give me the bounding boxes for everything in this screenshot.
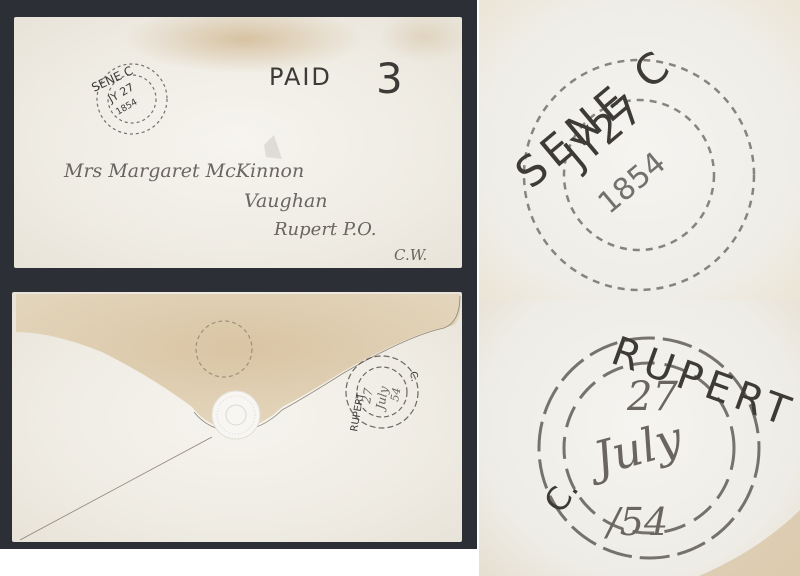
embossed-seal bbox=[212, 391, 260, 439]
envelope-back-art: RUPERT C. 27 July 54 bbox=[12, 292, 462, 542]
postmark-enlargement-seneca: SENE C JY27 1854 bbox=[479, 0, 800, 300]
back-postmark-suffix: C. bbox=[407, 371, 420, 383]
envelope-back: RUPERT C. 27 July 54 bbox=[12, 292, 462, 542]
address-line-4: C.W. bbox=[394, 246, 427, 264]
envelope-front: SENE C JY 27 1854 PAID 3 Mrs Margaret Mc… bbox=[14, 17, 462, 268]
zoom-ms-year: /54 bbox=[603, 500, 668, 544]
back-ms-year: 54 bbox=[388, 386, 403, 402]
envelope-front-art: SENE C JY 27 1854 PAID 3 Mrs Margaret Mc… bbox=[14, 17, 462, 268]
rate-value: 3 bbox=[376, 54, 403, 103]
address-line-3: Rupert P.O. bbox=[273, 219, 377, 240]
address-line-1: Mrs Margaret McKinnon bbox=[63, 160, 304, 182]
postmark-enlargement-rupert: RUPERT C. 27 July /54 bbox=[479, 300, 800, 576]
zoom-ms-month: July bbox=[580, 410, 688, 487]
address-line-2: Vaughan bbox=[244, 190, 328, 212]
paid-mark: PAID bbox=[269, 63, 332, 91]
